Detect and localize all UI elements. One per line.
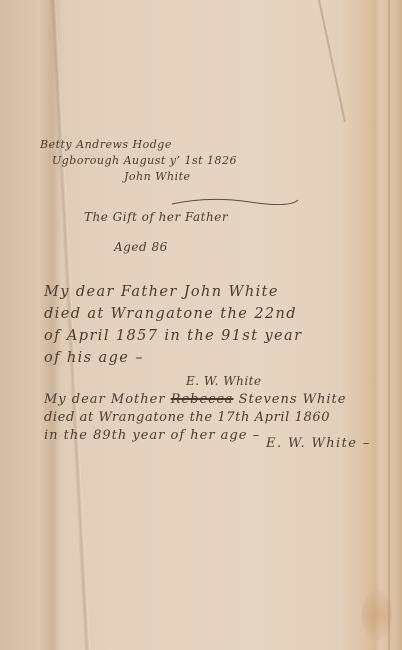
father-note-line-3: of April 1857 in the 91st year (44, 328, 302, 344)
water-stain (362, 590, 392, 640)
mother-note-suffix: Stevens White (234, 392, 347, 407)
mother-note-line-3: in the 89th year of her age – (44, 428, 260, 443)
mother-note-line-1: My dear Mother Rebecca Stevens White (44, 392, 346, 407)
struck-name: Rebecca (171, 392, 234, 407)
age-line: Aged 86 (114, 240, 168, 254)
mother-note-line-2: died at Wrangatone the 17th April 1860 (44, 410, 330, 425)
aged-paper-page: Betty Andrews Hodge Ugborough August y’ … (0, 0, 402, 650)
insertion-above: E. W. White (186, 374, 262, 388)
father-note-line-4: of his age – (44, 350, 144, 366)
father-note-line-1: My dear Father John White (44, 284, 279, 300)
father-note-line-2: died at Wrangatone the 22nd (44, 306, 297, 322)
inscription-signature: John White (124, 170, 191, 183)
inscription-name: Betty Andrews Hodge (40, 138, 172, 151)
mother-note-signature: E. W. White – (266, 436, 371, 451)
paper-edge-right (388, 0, 390, 650)
flourish-underline (170, 196, 300, 212)
mother-note-prefix: My dear Mother (44, 392, 171, 407)
paper-crease-left (50, 0, 90, 650)
gift-line: The Gift of her Father (84, 210, 228, 224)
inscription-place-date: Ugborough August y’ 1st 1826 (52, 154, 237, 167)
paper-crease-diagonal (318, 0, 346, 122)
